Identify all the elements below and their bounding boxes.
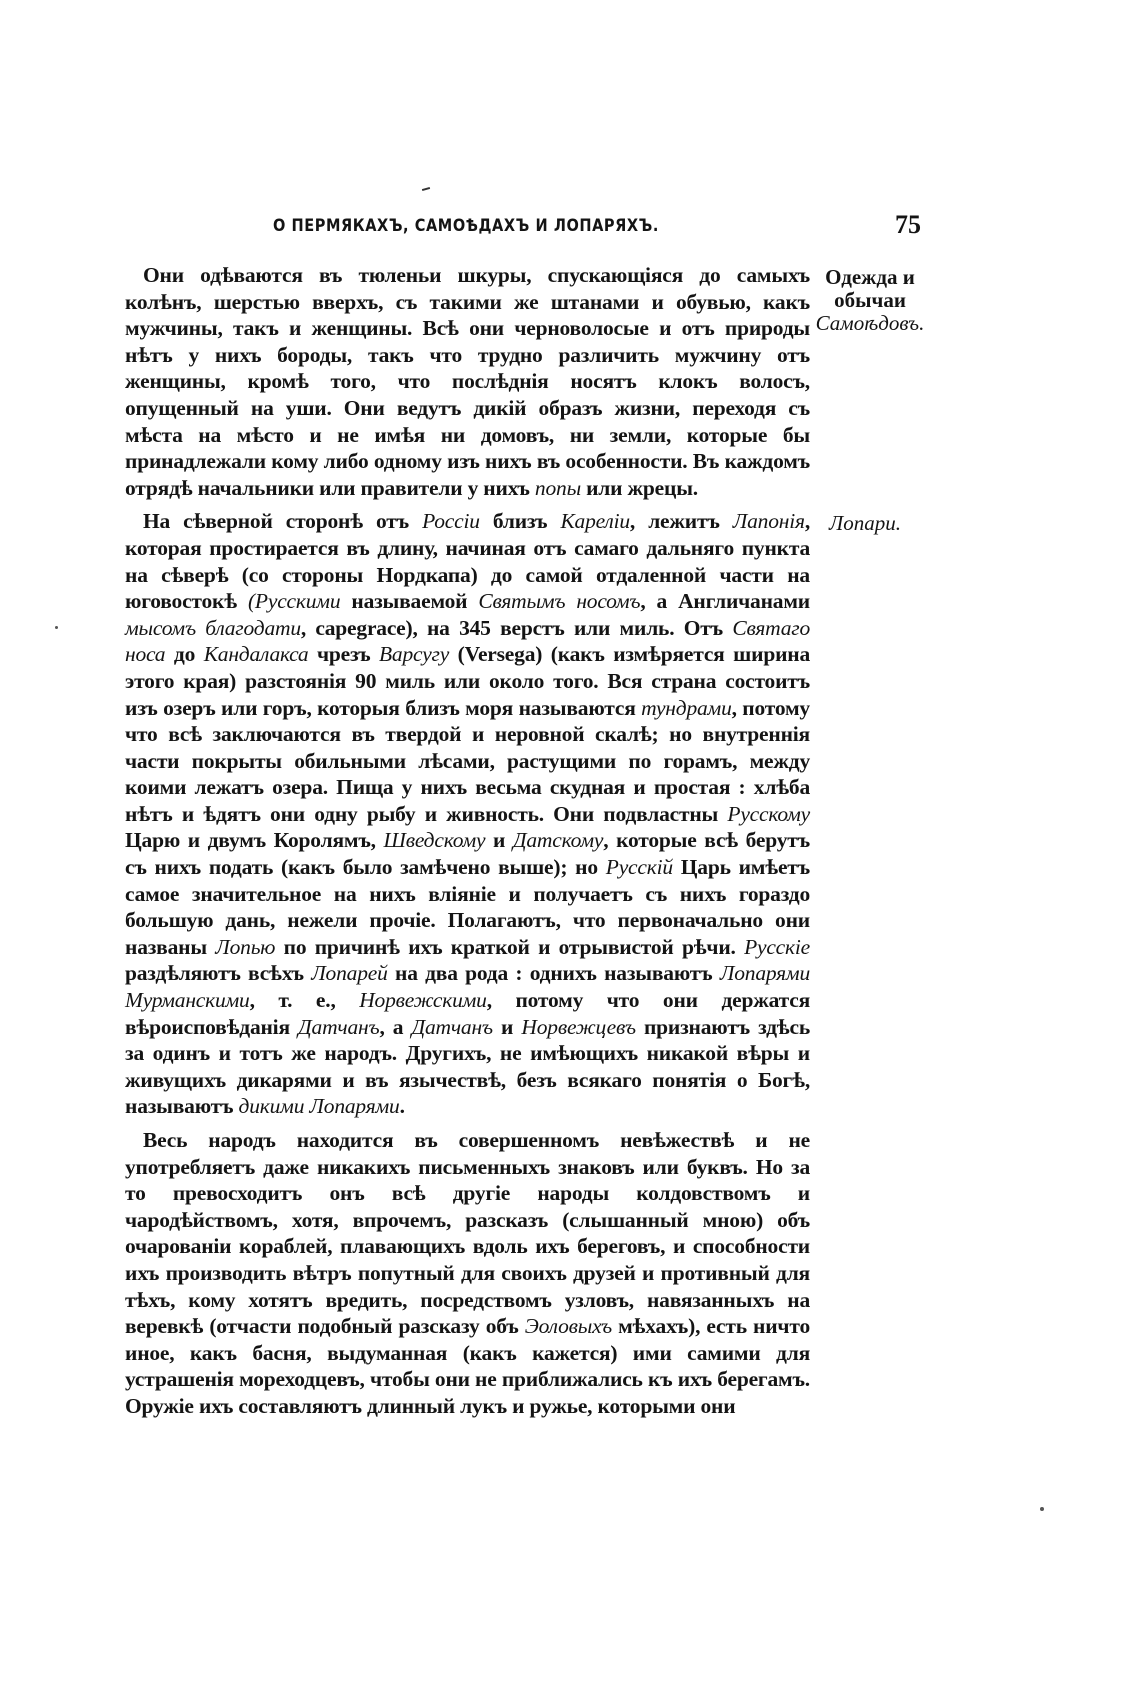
emphasis-text: Датскому <box>513 828 603 852</box>
emphasis-text: попы <box>535 476 581 500</box>
emphasis-text: дикими Лопарями <box>239 1094 400 1118</box>
margin-note-italic: Самоѣдовъ. <box>816 311 925 335</box>
emphasis-text: Шведскому <box>384 828 486 852</box>
emphasis-text: Россіи <box>422 509 480 533</box>
emphasis-text: Святымъ носомъ <box>478 589 640 613</box>
emphasis-text: Датчанъ <box>298 1015 379 1039</box>
emphasis-text: Кандалакса <box>204 642 309 666</box>
emphasis-text: Варсугу <box>379 642 449 666</box>
emphasis-text: Русскій <box>606 855 673 879</box>
emphasis-text: Лапонія <box>733 509 805 533</box>
emphasis-text: Норвежскими <box>359 988 486 1012</box>
emphasis-text: Лопью <box>215 935 275 959</box>
scan-speck <box>1040 1507 1044 1511</box>
body-text: Они одѣваются въ тюленьи шкуры, спускающ… <box>125 262 810 1427</box>
margin-note-line: Одежда и <box>815 266 925 289</box>
emphasis-text: (Русскими <box>248 589 340 613</box>
emphasis-text: Эоловыхъ <box>525 1314 612 1338</box>
emphasis-text: тундрами <box>641 696 731 720</box>
running-header: О ПЕРМЯКАХЪ, САМОѢДАХЪ И ЛОПАРЯХЪ. 75 <box>273 216 923 246</box>
page-number: 75 <box>895 210 921 240</box>
paragraph: Они одѣваются въ тюленьи шкуры, спускающ… <box>125 262 810 501</box>
emphasis-text: Русскому <box>727 802 810 826</box>
margin-note-lapps: Лопари. <box>820 512 910 535</box>
margin-note-samoyed-dress: Одежда и обычаи Самоѣдовъ. <box>815 266 925 335</box>
emphasis-text: мысомъ благодати <box>125 616 301 640</box>
print-mark <box>422 187 430 191</box>
running-title: О ПЕРМЯКАХЪ, САМОѢДАХЪ И ЛОПАРЯХЪ. <box>273 216 659 236</box>
paragraph: На сѣверной сторонѣ отъ Россіи близъ Кар… <box>125 508 810 1120</box>
margin-note-line: обычаи <box>815 289 925 312</box>
paragraph: Весь народъ находится въ совершенномъ не… <box>125 1127 810 1420</box>
margin-note-italic: Лопари. <box>829 511 901 535</box>
emphasis-text: Кареліи <box>560 509 629 533</box>
emphasis-text: Норвежцевъ <box>521 1015 635 1039</box>
emphasis-text: Лопарей <box>311 961 387 985</box>
scan-speck <box>55 626 58 629</box>
emphasis-text: Датчанъ <box>411 1015 492 1039</box>
emphasis-text: Русскіе <box>744 935 810 959</box>
